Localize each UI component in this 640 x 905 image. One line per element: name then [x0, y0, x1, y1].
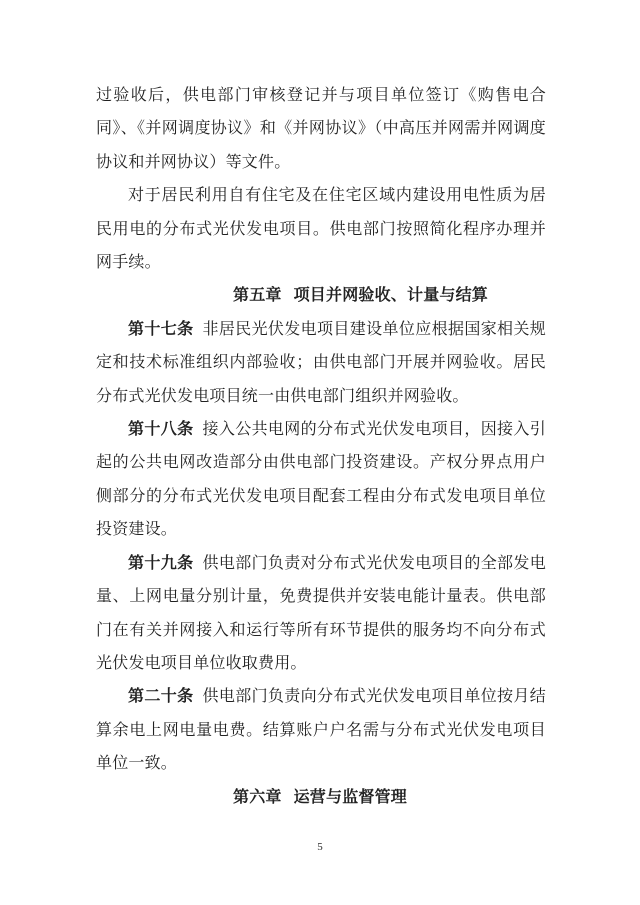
- paragraph-residential-simplified-procedure: 对于居民利用自有住宅及在住宅区域内建设用电性质为居民用电的分布式光伏发电项目。供…: [96, 179, 546, 279]
- paragraph-continuation: 过验收后，供电部门审核登记并与项目单位签订《购售电合同》、《并网调度协议》和《并…: [96, 79, 546, 179]
- article-19-lead: 第十九条: [128, 555, 193, 572]
- document-body: 过验收后，供电部门审核登记并与项目单位签订《购售电合同》、《并网调度协议》和《并…: [96, 79, 546, 814]
- chapter-5-heading: 第五章项目并网验收、计量与结算: [96, 279, 546, 312]
- article-19-text: 供电部门负责对分布式光伏发电项目的全部发电量、上网电量分别计量，免费提供并安装电…: [96, 555, 546, 672]
- article-20-paragraph: 第二十条供电部门负责向分布式光伏发电项目单位按月结算余电上网电量电费。结算账户户…: [96, 680, 546, 780]
- article-17-lead: 第十七条: [128, 321, 193, 338]
- chapter-5-number: 第五章: [233, 287, 282, 304]
- article-17-paragraph: 第十七条非居民光伏发电项目建设单位应根据国家相关规定和技术标准组织内部验收；由供…: [96, 313, 546, 413]
- page-number: 5: [0, 840, 640, 854]
- article-18-lead: 第十八条: [128, 421, 193, 438]
- chapter-6-heading: 第六章运营与监督管理: [96, 781, 546, 814]
- article-18-text: 接入公共电网的分布式光伏发电项目，因接入引起的公共电网改造部分由供电部门投资建设…: [96, 421, 546, 538]
- chapter-6-title: 运营与监督管理: [294, 789, 407, 806]
- document-page: 过验收后，供电部门审核登记并与项目单位签订《购售电合同》、《并网调度协议》和《并…: [0, 0, 640, 905]
- article-18-paragraph: 第十八条接入公共电网的分布式光伏发电项目，因接入引起的公共电网改造部分由供电部门…: [96, 413, 546, 547]
- article-19-paragraph: 第十九条供电部门负责对分布式光伏发电项目的全部发电量、上网电量分别计量，免费提供…: [96, 547, 546, 681]
- chapter-5-title: 项目并网验收、计量与结算: [294, 287, 488, 304]
- chapter-6-number: 第六章: [233, 789, 282, 806]
- article-20-lead: 第二十条: [128, 688, 193, 705]
